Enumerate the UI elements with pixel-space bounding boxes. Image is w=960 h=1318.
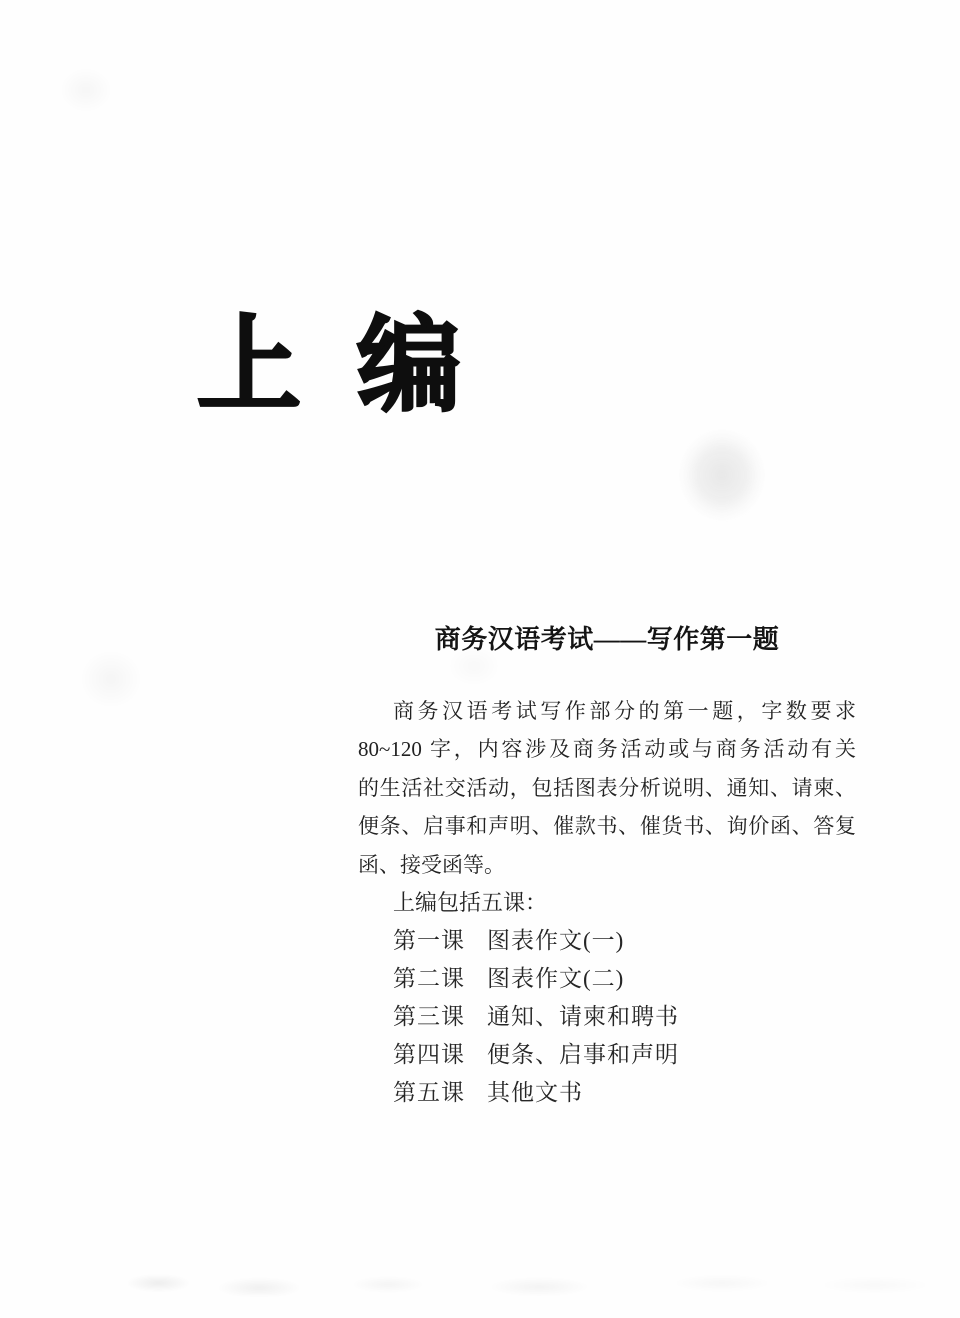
intro-paragraph: 商务汉语考试写作部分的第一题，字数要求 80~120 字，内容涉及商务活动或与商…	[358, 692, 856, 884]
lesson-title: 其他文书	[487, 1080, 583, 1105]
paragraph-line: 的生活社交活动，包括图表分析说明、通知、请柬、	[358, 769, 856, 807]
paragraph-line: 商务汉语考试写作部分的第一题，字数要求	[358, 692, 856, 730]
scan-smudge-top-left	[60, 68, 112, 112]
lesson-title: 图表作文(二)	[487, 966, 624, 991]
section-heading: 商务汉语考试——写作第一题	[358, 622, 856, 658]
scan-blob-circle	[678, 428, 766, 522]
lesson-number: 第五课	[393, 1074, 465, 1112]
part-title-char-1: 上	[197, 310, 301, 420]
lesson-number: 第四课	[393, 1036, 465, 1074]
lesson-row: 第五课其他文书	[393, 1074, 856, 1112]
lesson-number: 第一课	[393, 922, 465, 960]
paragraph-line: 便条、启事和声明、催款书、催货书、询价函、答复	[358, 807, 856, 845]
lesson-title: 图表作文(一)	[487, 928, 624, 953]
part-title-char-2: 编	[357, 310, 461, 420]
part-title: 上 编	[197, 310, 461, 420]
lesson-row: 第二课图表作文(二)	[393, 960, 856, 998]
lesson-number: 第三课	[393, 998, 465, 1036]
scan-noise-band-right	[620, 1258, 960, 1294]
lesson-title: 便条、启事和声明	[487, 1042, 679, 1067]
scan-smudge-left	[80, 650, 142, 708]
lesson-row: 第四课便条、启事和声明	[393, 1036, 856, 1074]
lesson-row: 第一课图表作文(一)	[393, 922, 856, 960]
paragraph-line: 函、接受函等。	[358, 846, 856, 884]
lesson-row: 第三课通知、请柬和聘书	[393, 998, 856, 1036]
lesson-list-intro: 上编包括五课：	[358, 884, 856, 922]
scan-noise-band	[80, 1250, 640, 1296]
paragraph-line: 80~120 字，内容涉及商务活动或与商务活动有关	[358, 730, 856, 768]
lesson-number: 第二课	[393, 960, 465, 998]
lesson-title: 通知、请柬和聘书	[487, 1004, 679, 1029]
content-column: 商务汉语考试——写作第一题 商务汉语考试写作部分的第一题，字数要求 80~120…	[358, 622, 856, 1112]
lesson-list: 第一课图表作文(一) 第二课图表作文(二) 第三课通知、请柬和聘书 第四课便条、…	[358, 922, 856, 1112]
book-page: 上 编 商务汉语考试——写作第一题 商务汉语考试写作部分的第一题，字数要求 80…	[0, 0, 960, 1318]
